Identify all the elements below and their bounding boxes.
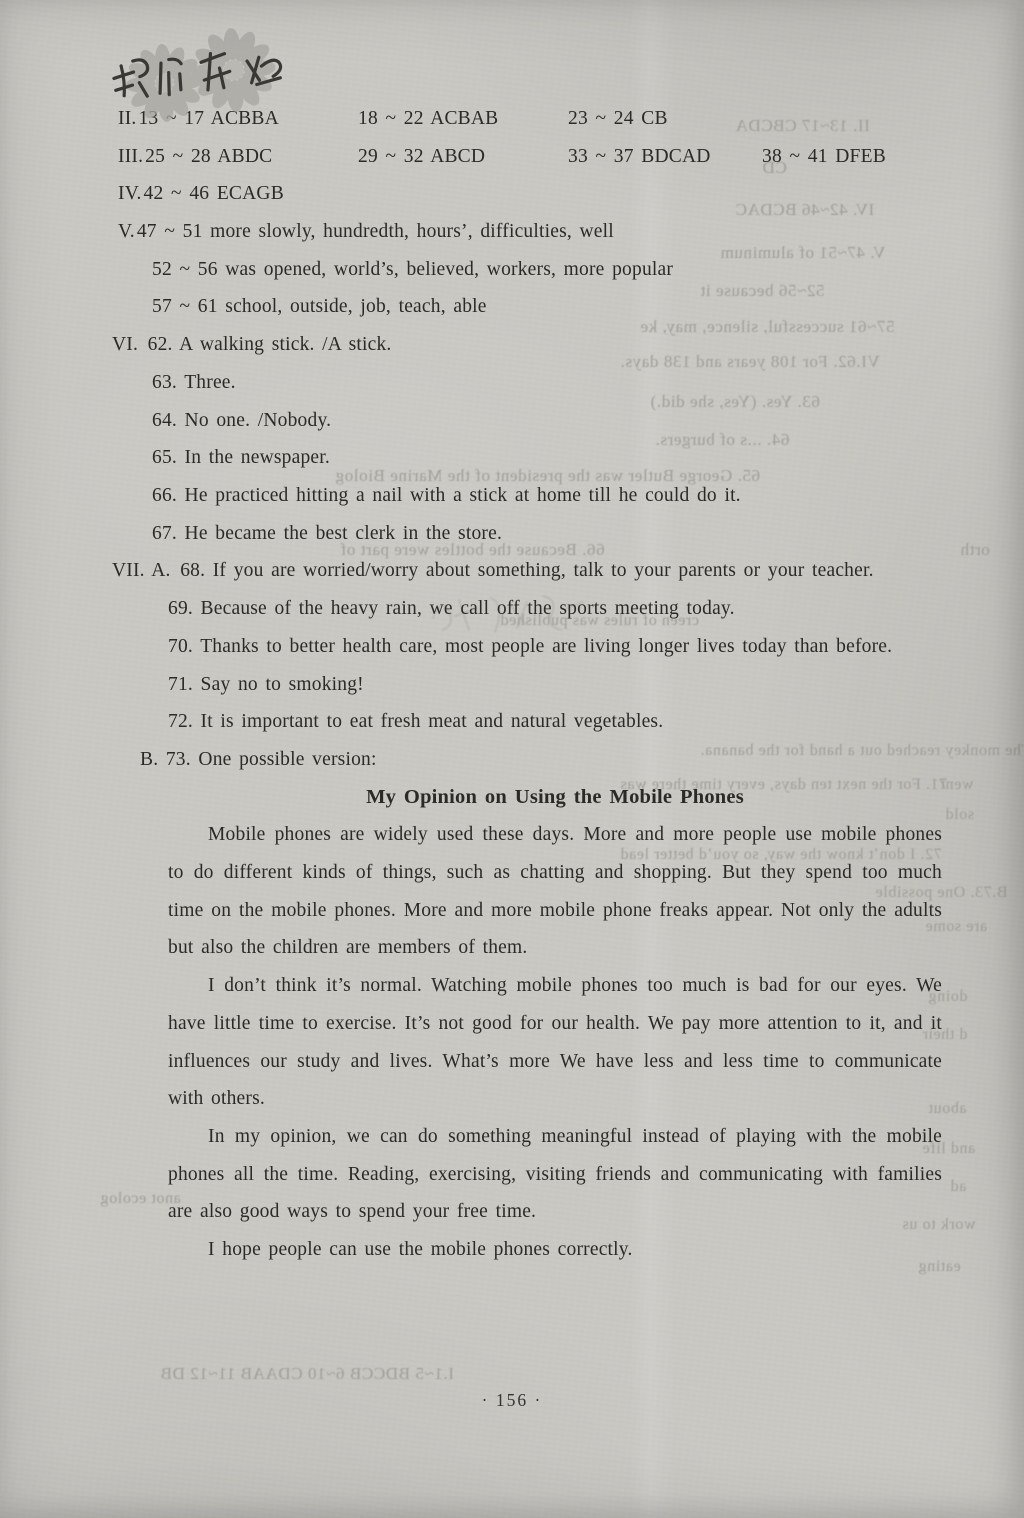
essay-title: My Opinion on Using the Mobile Phones	[168, 779, 942, 817]
answer-group: 25 ~ 28 ABDC	[145, 146, 272, 167]
section-v-line-1: V.47 ~ 51 more slowly, hundredth, hours’…	[112, 213, 954, 251]
essay-paragraph-4: I hope people can use the mobile phones …	[168, 1231, 942, 1269]
section-vii-item-72: 72. It is important to eat fresh meat an…	[112, 703, 954, 741]
answer-row-III: III.25 ~ 28 ABDC 29 ~ 32 ABCD 33 ~ 37 BD…	[112, 138, 954, 176]
section-vii-item-69: 69. Because of the heavy rain, we call o…	[112, 590, 954, 628]
section-label: V.	[118, 221, 135, 242]
essay-paragraph-3: In my opinion, we can do something meani…	[168, 1118, 942, 1231]
section-vii-item-71: 71. Say no to smoking!	[112, 666, 954, 704]
section-vi-item-67: 67. He became the best clerk in the stor…	[112, 515, 954, 553]
answer-group: 42 ~ 46 ECAGB	[144, 183, 284, 204]
essay-paragraph-1: Mobile phones are widely used these days…	[168, 816, 942, 967]
essay: My Opinion on Using the Mobile Phones Mo…	[168, 779, 942, 1269]
section-vi-item-63: 63. Three.	[112, 364, 954, 402]
section-vii-item-68: VII. A. 68. If you are worried/worry abo…	[112, 552, 954, 590]
section-vii-item-73-label: B. 73. One possible version:	[112, 741, 954, 779]
section-vi-item-65: 65. In the newspaper.	[112, 439, 954, 477]
section-vi-item-66: 66. He practiced hitting a nail with a s…	[112, 477, 954, 515]
answer-group: 23 ~ 24 CB	[568, 100, 668, 138]
section-vi-item-62: VI. 62. A walking stick. /A stick.	[112, 326, 954, 364]
section-vi-item-64: 64. No one. /Nobody.	[112, 402, 954, 440]
section-v-line-2: 52 ~ 56 was opened, world’s, believed, w…	[112, 251, 954, 289]
publisher-stamp: 博师在线	[103, 17, 310, 135]
section-label: III.	[118, 146, 143, 167]
section-vii-item-70: 70. Thanks to better health care, most p…	[112, 628, 954, 666]
answer-group: 18 ~ 22 ACBAB	[358, 100, 498, 138]
section-v-line-3: 57 ~ 61 school, outside, job, teach, abl…	[112, 288, 954, 326]
bleed-through-text: orth	[960, 540, 990, 560]
answer-row-IV: IV.42 ~ 46 ECAGB	[112, 175, 954, 213]
section-label: VII. A.	[112, 560, 171, 581]
essay-paragraph-2: I don’t think it’s normal. Watching mobi…	[168, 967, 942, 1118]
bleed-through-text: I.1~5 BDCCB 6~10 CDAAB 11~12 DB	[160, 1364, 454, 1384]
section-label: IV.	[118, 183, 142, 204]
answer-group: 38 ~ 41 DFEB	[762, 138, 886, 176]
page-number: · 156 ·	[0, 1390, 1024, 1411]
answer-group: 29 ~ 32 ABCD	[358, 138, 485, 176]
stamp-flower-icon	[103, 17, 310, 135]
scanned-answer-page: 博师在线	[0, 0, 1024, 1518]
answer-group: 33 ~ 37 BDCAD	[568, 138, 711, 176]
section-label: VI.	[112, 334, 138, 355]
answer-key-content: II.13 ~ 17 ACBBA 18 ~ 22 ACBAB 23 ~ 24 C…	[112, 100, 954, 1269]
